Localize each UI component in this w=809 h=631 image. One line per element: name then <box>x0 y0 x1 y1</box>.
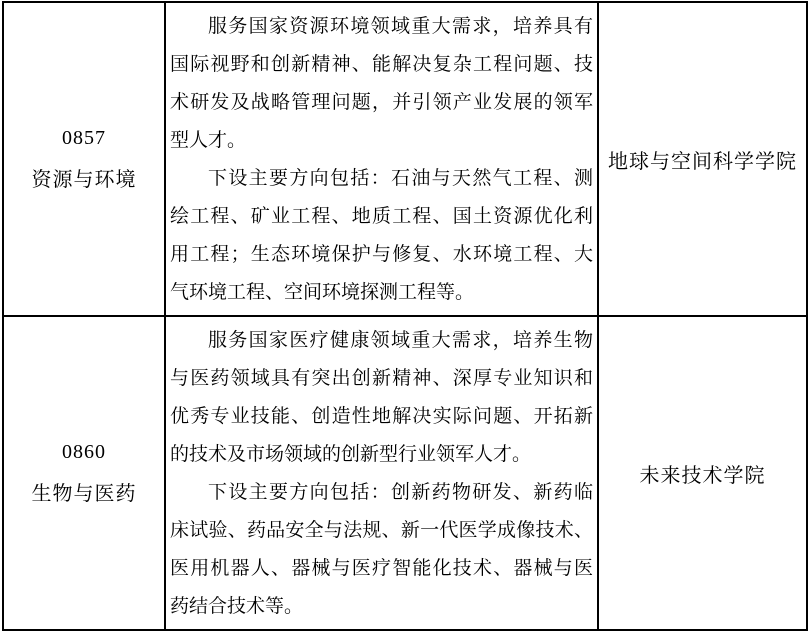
description-line: 术研发及战略管理问题，并引领产业发展的领军 <box>170 84 593 122</box>
description-cell: 服务国家医疗健康领域重大需求，培养生物与医药领域具有突出创新精神、深厚专业知识和… <box>165 316 598 630</box>
description-line: 下设主要方向包括：石油与天然气工程、测 <box>170 160 593 198</box>
school-cell: 未来技术学院 <box>598 316 807 630</box>
program-code: 0860 <box>4 439 164 465</box>
program-category: 生物与医药 <box>4 481 164 507</box>
description-line: 气环境工程、空间环境探测工程等。 <box>170 274 593 312</box>
program-category: 资源与环境 <box>4 167 164 193</box>
description-text: 服务国家医疗健康领域重大需求，培养生物与医药领域具有突出创新精神、深厚专业知识和… <box>166 317 597 629</box>
description-line: 优秀专业技能、创造性地解决实际问题、开拓新 <box>170 398 593 436</box>
description-line: 国际视野和创新精神、能解决复杂工程问题、技 <box>170 46 593 84</box>
program-table: 0857 资源与环境 服务国家资源环境领域重大需求，培养具有国际视野和创新精神、… <box>2 1 808 631</box>
description-cell: 服务国家资源环境领域重大需求，培养具有国际视野和创新精神、能解决复杂工程问题、技… <box>165 2 598 316</box>
description-line: 服务国家资源环境领域重大需求，培养具有 <box>170 8 593 46</box>
description-line: 床试验、药品安全与法规、新一代医学成像技术、 <box>170 512 593 550</box>
description-line: 用工程；生态环境保护与修复、水环境工程、大 <box>170 236 593 274</box>
table-row: 0860 生物与医药 服务国家医疗健康领域重大需求，培养生物与医药领域具有突出创… <box>3 316 807 630</box>
code-cell: 0857 资源与环境 <box>3 2 165 316</box>
description-line: 的技术及市场领域的创新型行业领军人才。 <box>170 436 593 474</box>
description-line: 药结合技术等。 <box>170 588 593 626</box>
description-line: 医用机器人、器械与医疗智能化技术、器械与医 <box>170 550 593 588</box>
table-row: 0857 资源与环境 服务国家资源环境领域重大需求，培养具有国际视野和创新精神、… <box>3 2 807 316</box>
program-code: 0857 <box>4 125 164 151</box>
description-line: 绘工程、矿业工程、地质工程、国土资源优化利 <box>170 198 593 236</box>
school-name: 未来技术学院 <box>599 459 806 488</box>
description-line: 下设主要方向包括：创新药物研发、新药临 <box>170 474 593 512</box>
school-cell: 地球与空间科学学院 <box>598 2 807 316</box>
description-text: 服务国家资源环境领域重大需求，培养具有国际视野和创新精神、能解决复杂工程问题、技… <box>166 3 597 315</box>
description-line: 服务国家医疗健康领域重大需求，培养生物 <box>170 322 593 360</box>
description-line: 型人才。 <box>170 122 593 160</box>
description-line: 与医药领域具有突出创新精神、深厚专业知识和 <box>170 360 593 398</box>
school-name: 地球与空间科学学院 <box>599 145 806 174</box>
code-cell: 0860 生物与医药 <box>3 316 165 630</box>
